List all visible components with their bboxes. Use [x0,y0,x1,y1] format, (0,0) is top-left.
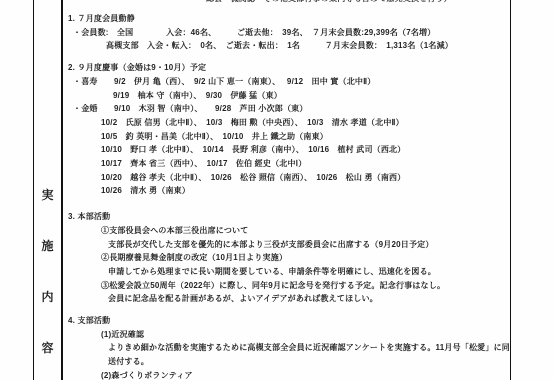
table-border-divider [61,0,63,380]
section-membership: 1. ７月度会員動静 ・会員数: 全国 入会：46名、 ご逝去他： 39名、 ７… [68,12,509,53]
row-header-column: 実 施 内 容 [34,0,61,380]
text-line: ・喜寿 9/2 伊月 亀（西）、 9/2 山下 恵一（南東）、 9/12 田中 … [68,75,509,89]
row-header-char: 容 [34,339,61,356]
text-line: 申請してから処理までに長い期間を要している、申請条件等を明確にし、迅速化を図る。 [68,265,509,279]
clipped-top-line-text: 総会・機関誌・その他支部行事の案内等も含めて意見交換を行う） [68,0,509,4]
section-branch-activities: 4. 支部活動 (1)近況確認 よりきめ細かな活動を実施するために高槻支部全会員… [68,314,509,380]
row-header-char: 実 [34,186,61,203]
text-line: よりきめ細かな活動を実施するために高槻支部全会員に近況確認アンケートを実施する。… [68,341,509,355]
text-line: 10/17 齊本 省三（西中）、 10/17 佐伯 經史（北中Ⅰ） [68,157,509,171]
row-header-char: 内 [34,288,61,305]
text-line: (1)近況確認 [68,328,509,342]
text-line: ・金婚 9/10 木羽 智（南中）、 9/28 芦田 小次郎（東） [68,102,509,116]
section-celebrations: 2. ９月度慶事（金婚は9・10月）予定 ・喜寿 9/2 伊月 亀（西）、 9/… [68,61,509,198]
table-border-right [510,0,511,380]
text-line: 10/20 越谷 孝夫（北中Ⅱ）、 10/26 松谷 照信（南西）、 10/26… [68,171,509,185]
text-line: 支部長が交代した支部を優先的に本部より三役が支部委員会に出席する（9月20日予定… [68,238,509,252]
text-line: 10/10 野口 孝（北中Ⅱ）、 10/14 長野 利彦（南中）、 10/16 … [68,143,509,157]
row-header-char: 施 [34,237,61,254]
section-title: 4. 支部活動 [68,314,509,328]
text-line: 10/26 清水 勇（南東） [68,184,509,198]
text-line: ③松愛会設立50周年（2022年）に際し、同年9月に記念号を発行する予定。記念行… [68,279,509,293]
text-line: ②長期療養見舞金制度の改定（10月1日より実施） [68,251,509,265]
text-line: (2)森づくりボランティア [68,369,509,380]
text-line: 10/5 釣 英明・昌美（北中Ⅱ）、 10/10 井上 鐵之助（南東） [68,130,509,144]
text-line: ・会員数: 全国 入会：46名、 ご逝去他： 39名、 ７月末会員数:29,39… [68,26,509,40]
clipped-top-line: 総会・機関誌・その他支部行事の案内等も含めて意見交換を行う） [68,0,509,8]
section-title: 1. ７月度会員動静 [68,12,509,26]
text-line: 9/19 柚本 守（南中）、 9/30 伊藤 猛（東） [68,89,509,103]
text-line: 送付する。 [68,355,509,369]
section-title: 2. ９月度慶事（金婚は9・10月）予定 [68,61,509,75]
text-line: 高槻支部 入会・転入： 0名、 ご逝去・転出： 1名 ７月末会員数： 1,313… [68,39,509,53]
document-page: 実 施 内 容 総会・機関誌・その他支部行事の案内等も含めて意見交換を行う） 1… [0,0,554,380]
content-cell: 総会・機関誌・その他支部行事の案内等も含めて意見交換を行う） 1. ７月度会員動… [68,0,509,380]
section-title: 3. 本部活動 [68,210,509,224]
text-line: 会員に記念品を配る計画があるが、よいアイデアがあれば教えてほしい。 [68,292,509,306]
section-headquarters-activities: 3. 本部活動 ①支部役員会への本部三役出席について 支部長が交代した支部を優先… [68,210,509,306]
text-line: 10/2 氏原 信男（北中Ⅱ）、 10/3 梅田 勲（中央西）、 10/3 清水… [68,116,509,130]
text-line: ①支部役員会への本部三役出席について [68,224,509,238]
